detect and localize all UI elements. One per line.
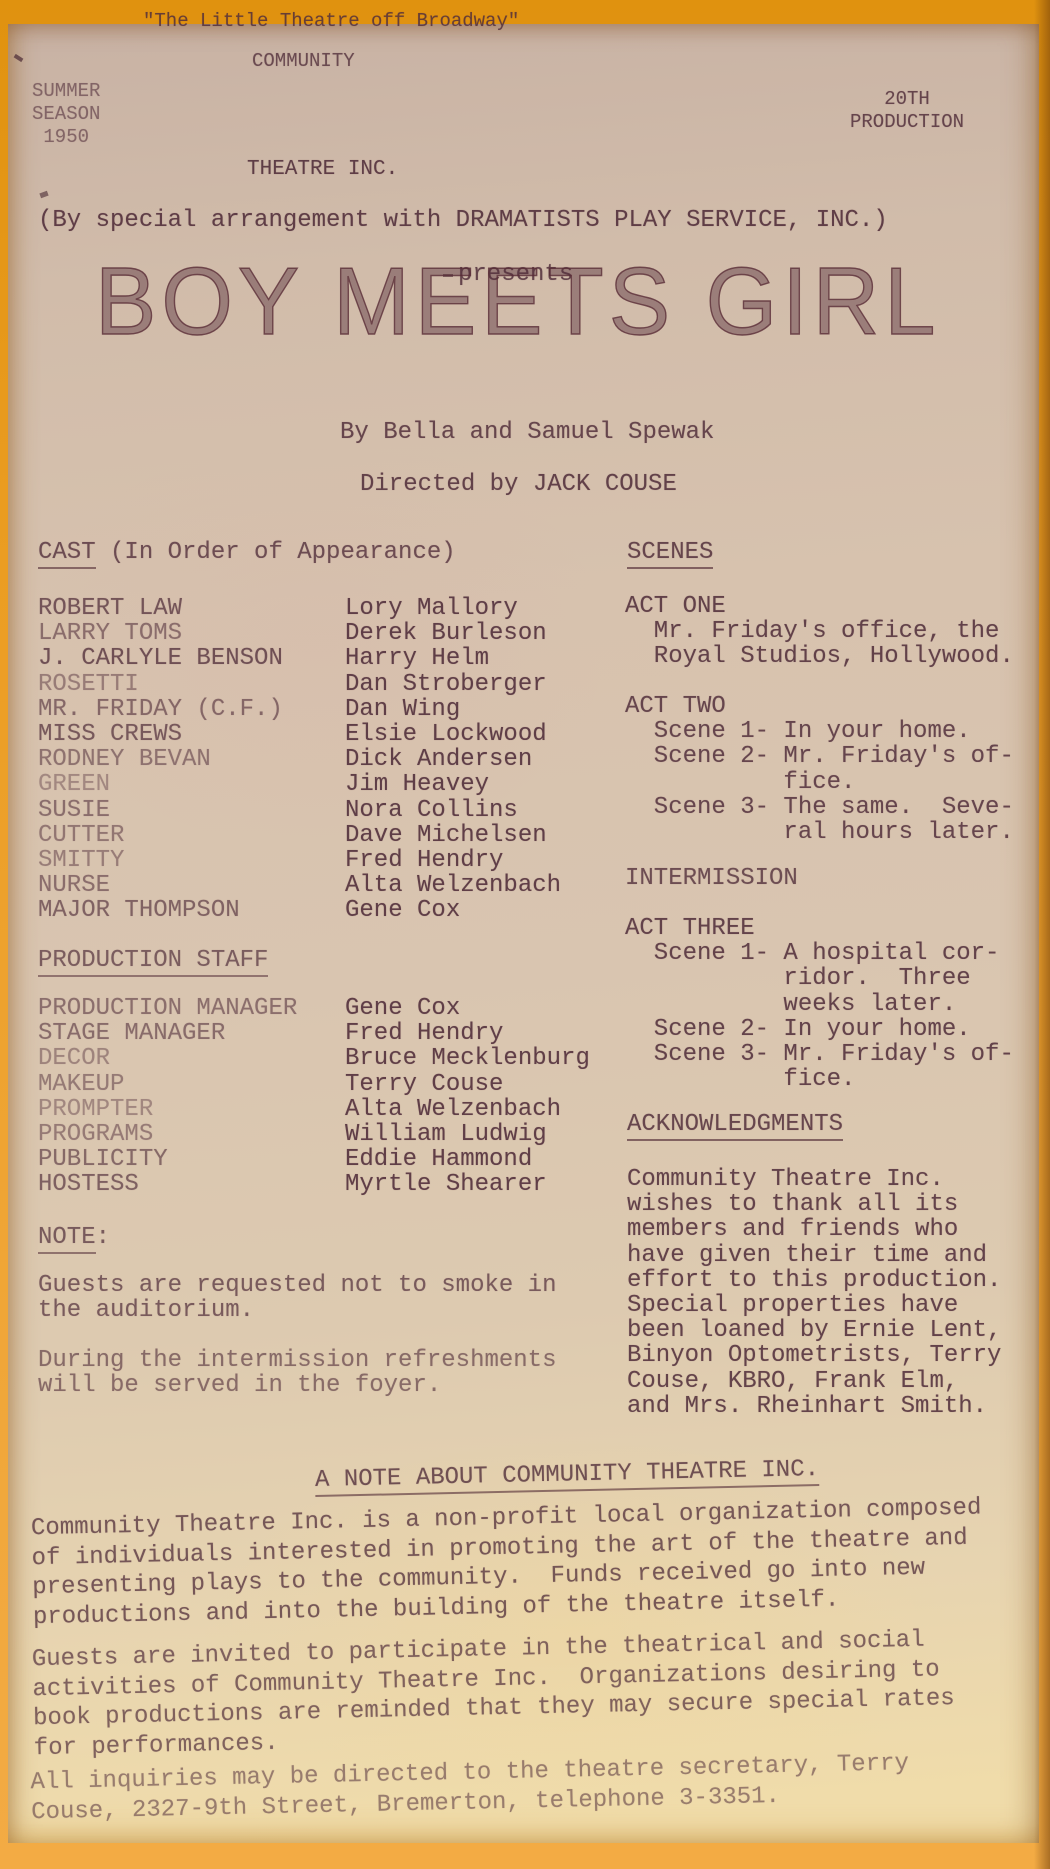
byline: By Bella and Samuel Spewak bbox=[340, 420, 714, 445]
about-heading-line: A NOTE ABOUT COMMUNITY THEATRE INC. bbox=[315, 1455, 820, 1495]
season-block: SUMMER SEASON 1950 bbox=[32, 80, 100, 149]
role: J. CARLYLE BENSON bbox=[38, 646, 283, 671]
role: MR. FRIDAY (C.F.) bbox=[38, 697, 283, 722]
actor: Elsie Lockwood bbox=[345, 722, 547, 747]
theatre-tagline: "The Little Theatre off Broadway" bbox=[143, 10, 519, 33]
role: SMITTY bbox=[38, 848, 124, 873]
actor: Dave Michelsen bbox=[345, 823, 547, 848]
director-credit: Directed by JACK COUSE bbox=[360, 472, 677, 497]
actor: Dan Stroberger bbox=[345, 672, 547, 697]
actor: Jim Heavey bbox=[345, 772, 489, 797]
staff-name: Alta Welzenbach bbox=[345, 1097, 561, 1122]
note-paragraph-smoking: Guests are requested not to smoke in the… bbox=[38, 1273, 556, 1323]
play-title: BOY MEETS GIRL bbox=[95, 289, 855, 315]
act-two-block: ACT TWO Scene 1- In your home. Scene 2- … bbox=[625, 694, 1014, 845]
scenes-heading: SCENES bbox=[627, 539, 713, 569]
org-name-line2: THEATRE INC. bbox=[247, 158, 398, 181]
cast-heading-line: CAST (In Order of Appearance) bbox=[38, 540, 456, 565]
staff-name: Eddie Hammond bbox=[345, 1147, 532, 1172]
actor: Dick Andersen bbox=[345, 747, 532, 772]
note-heading-line: NOTE: bbox=[38, 1225, 110, 1250]
staff-name: Gene Cox bbox=[345, 996, 460, 1021]
role: MISS CREWS bbox=[38, 722, 182, 747]
photo-edge-shadow bbox=[1034, 0, 1050, 1869]
staff-name: Terry Couse bbox=[345, 1072, 503, 1097]
role: NURSE bbox=[38, 873, 110, 898]
staff-label: STAGE MANAGER bbox=[38, 1021, 225, 1046]
staff-name: Bruce Mecklenburg bbox=[345, 1046, 590, 1071]
acknowledgments-paragraph: Community Theatre Inc. wishes to thank a… bbox=[627, 1167, 1001, 1419]
acknowledgments-heading: ACKNOWLEDGMENTS bbox=[627, 1111, 843, 1141]
role: MAJOR THOMPSON bbox=[38, 898, 240, 923]
note-heading-colon: : bbox=[96, 1224, 110, 1251]
staff-label: PROMPTER bbox=[38, 1097, 153, 1122]
staff-name: Fred Hendry bbox=[345, 1021, 503, 1046]
actor: Alta Welzenbach bbox=[345, 873, 561, 898]
scenes-heading-line: SCENES bbox=[627, 540, 713, 565]
actor: Nora Collins bbox=[345, 798, 518, 823]
staff-label: PUBLICITY bbox=[38, 1147, 168, 1172]
intermission-label: INTERMISSION bbox=[625, 866, 798, 891]
staff-label: HOSTESS bbox=[38, 1172, 139, 1197]
production-number: 20TH PRODUCTION bbox=[850, 88, 964, 134]
role: LARRY TOMS bbox=[38, 621, 182, 646]
about-section: A NOTE ABOUT COMMUNITY THEATRE INC. Comm… bbox=[0, 1440, 1050, 1863]
actor: Lory Mallory bbox=[345, 596, 518, 621]
about-paragraph-1: Community Theatre Inc. is a non-profit l… bbox=[31, 1493, 984, 1632]
staff-heading-line: PRODUCTION STAFF bbox=[38, 948, 268, 973]
note-paragraph-refreshments: During the intermission refreshments wil… bbox=[38, 1348, 556, 1398]
staff-label: PRODUCTION MANAGER bbox=[38, 996, 297, 1021]
arrangement-line: (By special arrangement with DRAMATISTS … bbox=[38, 208, 888, 233]
acknowledgments-heading-line: ACKNOWLEDGMENTS bbox=[627, 1112, 843, 1137]
role: ROBERT LAW bbox=[38, 596, 182, 621]
about-heading: A NOTE ABOUT COMMUNITY THEATRE INC. bbox=[315, 1456, 820, 1497]
staff-label: MAKEUP bbox=[38, 1072, 124, 1097]
scanned-program-page: "The Little Theatre off Broadway" COMMUN… bbox=[0, 0, 1050, 1869]
role: CUTTER bbox=[38, 823, 124, 848]
staff-label: PROGRAMS bbox=[38, 1122, 153, 1147]
actor: Derek Burleson bbox=[345, 621, 547, 646]
staff-name: Myrtle Shearer bbox=[345, 1172, 547, 1197]
role: SUSIE bbox=[38, 798, 110, 823]
about-paragraph-3: All inquiries may be directed to the the… bbox=[30, 1749, 910, 1827]
act-one-block: ACT ONE Mr. Friday's office, the Royal S… bbox=[625, 594, 1014, 670]
production-staff-heading: PRODUCTION STAFF bbox=[38, 947, 268, 977]
cast-heading: CAST bbox=[38, 539, 96, 569]
staff-label: DECOR bbox=[38, 1046, 110, 1071]
role: GREEN bbox=[38, 772, 110, 797]
act-three-block: ACT THREE Scene 1- A hospital cor- ridor… bbox=[625, 916, 1014, 1092]
actor: Fred Hendry bbox=[345, 848, 503, 873]
note-heading: NOTE bbox=[38, 1224, 96, 1254]
org-name-line1: COMMUNITY bbox=[252, 50, 355, 73]
cast-heading-suffix: (In Order of Appearance) bbox=[96, 539, 456, 566]
actor: Harry Helm bbox=[345, 646, 489, 671]
about-paragraph-2: Guests are invited to participate in the… bbox=[32, 1625, 956, 1763]
staff-name: William Ludwig bbox=[345, 1122, 547, 1147]
actor: Dan Wing bbox=[345, 697, 460, 722]
actor: Gene Cox bbox=[345, 898, 460, 923]
role: RODNEY BEVAN bbox=[38, 747, 211, 772]
role: ROSETTI bbox=[38, 672, 139, 697]
